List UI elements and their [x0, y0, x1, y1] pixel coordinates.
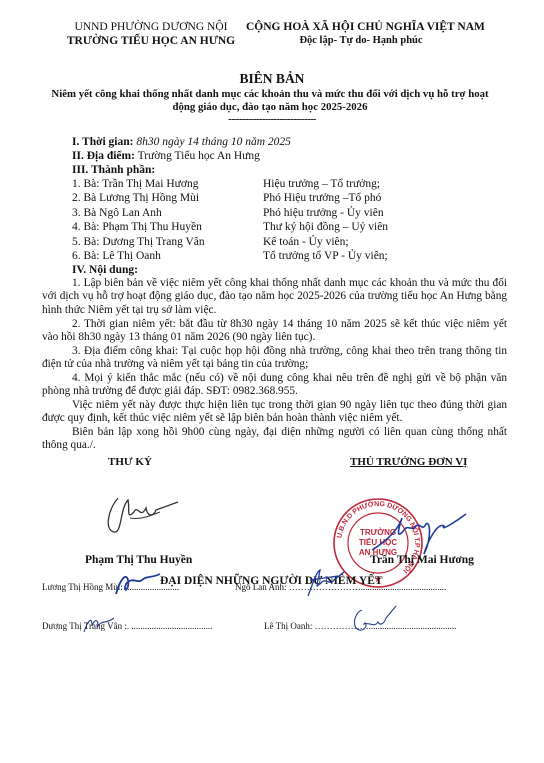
- member-role: Tổ trưởng tổ VP - Ủy viên;: [263, 249, 388, 263]
- content-label: IV. Nội dung:: [72, 263, 138, 277]
- representative-row: Dương Thị Trang Vân :. .................…: [42, 621, 212, 631]
- agency-name: UNND PHƯỜNG DƯƠNG NỘI: [62, 20, 240, 34]
- country-name: CỘNG HOÀ XÃ HỘI CHỦ NGHĨA VIỆT NAM: [246, 20, 476, 34]
- paragraph-4: 4. Mọi ý kiến thắc mắc (nếu có) về nội d…: [42, 372, 507, 399]
- secretary-name: Phạm Thị Thu Huyền: [85, 554, 192, 566]
- representative-name: Lê Thị Oanh:: [264, 621, 312, 631]
- national-motto: CỘNG HOÀ XÃ HỘI CHỦ NGHĨA VIỆT NAM Độc l…: [246, 20, 476, 48]
- members-label: III. Thành phần:: [72, 163, 155, 177]
- paragraph-3: 3. Địa điểm công khai: Tại cuộc họp hội …: [42, 345, 507, 372]
- paragraph-1: 1. Lập biên bản về việc niêm yết công kh…: [42, 277, 507, 317]
- member-role: Phó Hiệu trưởng –Tổ phó: [263, 191, 381, 205]
- document-subtitle: Niêm yết công khai thống nhất danh mục c…: [40, 88, 500, 114]
- separator: -------------------------------: [0, 114, 544, 125]
- time-label: I. Thời gian:: [72, 136, 133, 148]
- time-row: I. Thời gian: 8h30 ngày 14 tháng 10 năm …: [72, 135, 291, 149]
- member-role: Phó hiệu trưởng - Ủy viên: [263, 206, 384, 220]
- paragraph-6: Biên bản lập xong hồi 9h00 cùng ngày, đạ…: [42, 426, 507, 453]
- member-name: 3. Bà Ngô Lan Anh: [72, 206, 162, 220]
- place-value: Trường Tiểu học An Hưng: [138, 150, 260, 162]
- document-title: BIÊN BẢN: [0, 71, 544, 87]
- paragraph-2: 2. Thời gian niêm yết: bắt đầu từ 8h30 n…: [42, 318, 507, 345]
- member-role: Thư ký hội đồng – Uỷ viên: [263, 220, 388, 234]
- representative-name: Ngô Lan Anh:: [235, 582, 287, 592]
- member-role: Hiệu trưởng – Tổ trưởng;: [263, 177, 380, 191]
- motto: Độc lập- Tự do- Hạnh phúc: [246, 34, 476, 48]
- representative-signature: [112, 570, 162, 598]
- secretary-title: THƯ KÝ: [108, 456, 152, 468]
- secretary-signature: [100, 490, 180, 540]
- member-name: 2. Bà Lương Thị Hồng Mùi: [72, 191, 199, 205]
- representative-signature: [350, 604, 400, 636]
- member-name: 6. Bà: Lê Thị Oanh: [72, 249, 161, 263]
- member-name: 5. Bà: Dương Thị Trang Vân: [72, 235, 205, 249]
- head-signature: [368, 510, 468, 560]
- member-name: 4. Bà: Phạm Thị Thu Huyền: [72, 220, 202, 234]
- member-role: Kế toán - Ủy viên;: [263, 235, 349, 249]
- head-name: Trần Thị Mai Hương: [370, 554, 474, 566]
- time-value: 8h30 ngày 14 tháng 10 năm 2025: [136, 136, 291, 148]
- school-name: TRƯỜNG TIỂU HỌC AN HƯNG: [62, 34, 240, 48]
- representative-signature: [82, 614, 116, 634]
- member-name: 1. Bà: Trần Thị Mai Hương: [72, 177, 198, 191]
- place-row: II. Địa điểm: Trường Tiểu học An Hưng: [72, 149, 260, 163]
- place-label: II. Địa điểm:: [72, 150, 135, 162]
- representative-name: Lương Thị Hồng Mùi:: [42, 582, 123, 592]
- signature-line: ....................................: [131, 621, 212, 631]
- head-title: THỦ TRƯỞNG ĐƠN VỊ: [350, 456, 467, 468]
- paragraph-5: Việc niêm yết này được thực hiện liên tụ…: [42, 399, 507, 426]
- representative-signature: [302, 568, 346, 598]
- issuing-agency: UNND PHƯỜNG DƯƠNG NỘI TRƯỜNG TIỂU HỌC AN…: [62, 20, 240, 48]
